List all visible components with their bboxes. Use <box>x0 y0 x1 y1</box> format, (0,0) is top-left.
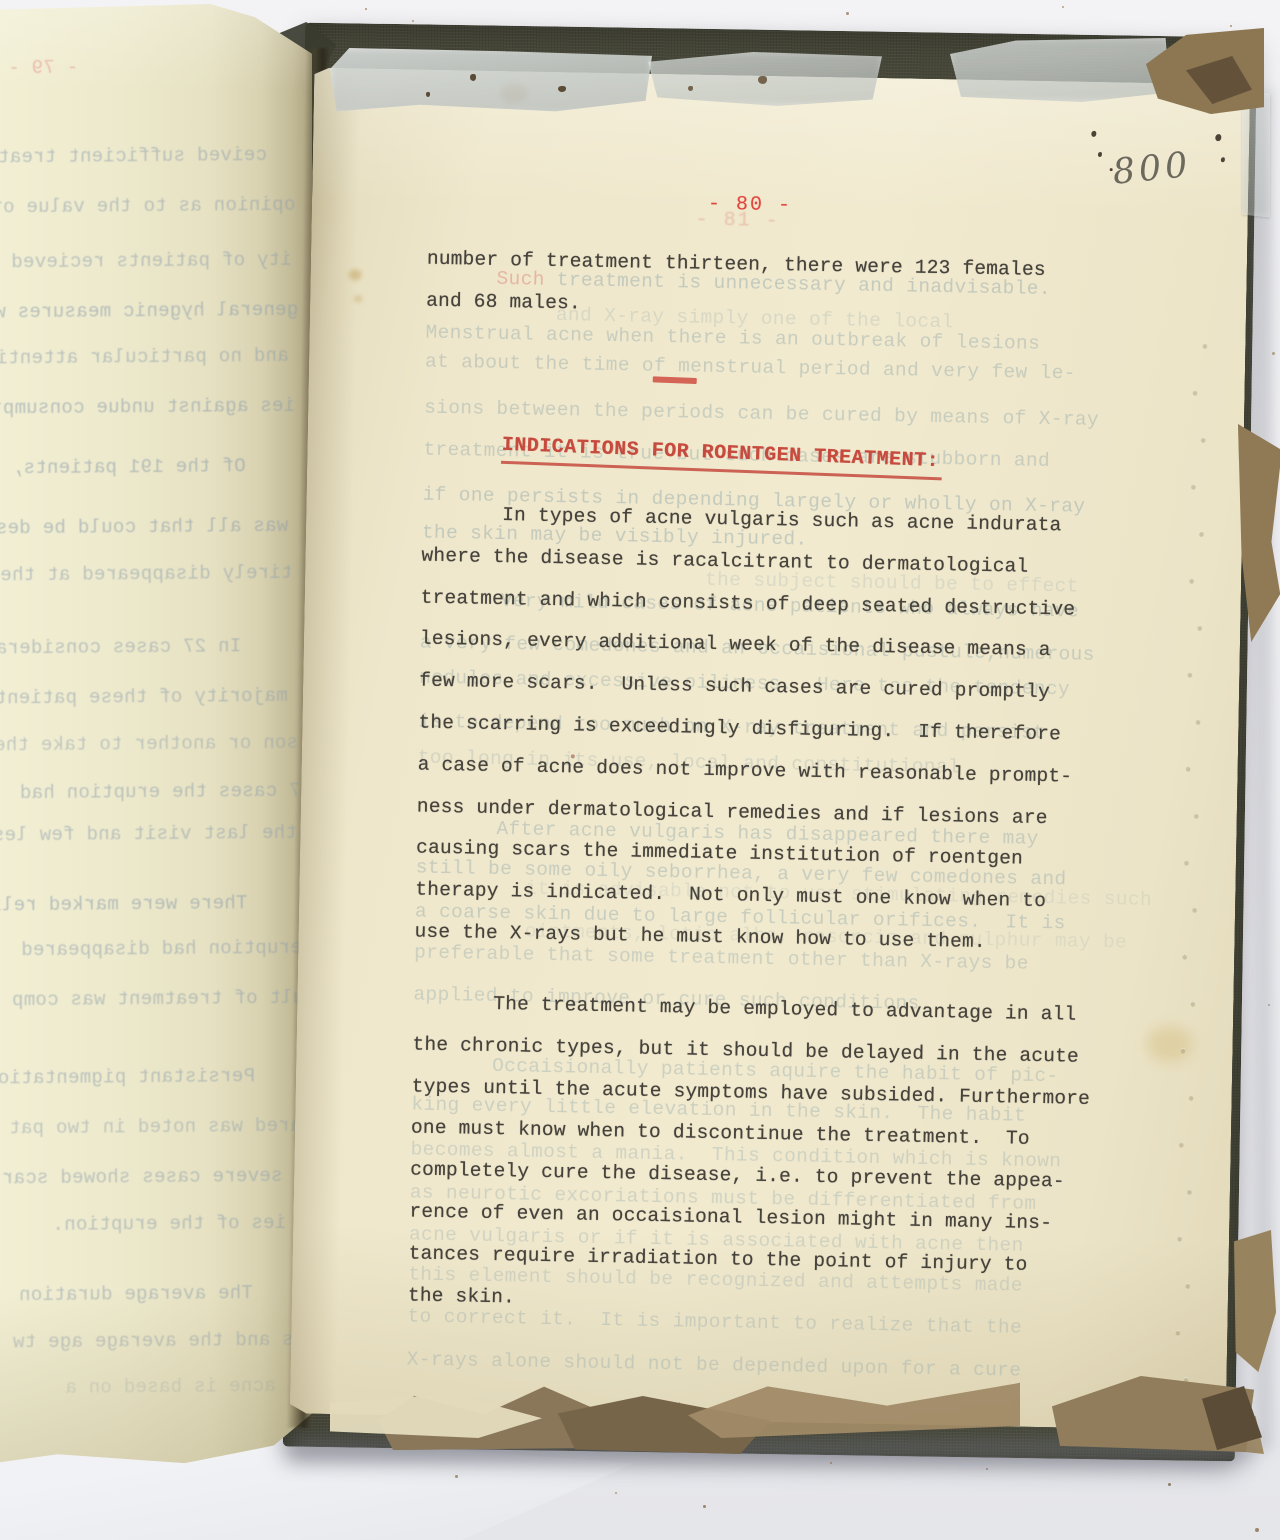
perforation-dot <box>1190 1001 1195 1007</box>
perforation-dot <box>1199 531 1204 537</box>
foxing-spot <box>354 295 362 302</box>
dust-speck <box>1230 25 1232 27</box>
mirrored-text-line: Persistant pigmentatio <box>0 1065 255 1089</box>
mirrored-text-line: e severe cases showed scar <box>2 1165 306 1190</box>
mirrored-text-line: acne is based on a <box>65 1375 276 1399</box>
mirrored-text-line: 7 cases the eruption had <box>20 780 301 804</box>
mirrored-text-layer: - 79 -ceived sufficient treatmentopinion… <box>0 4 312 1466</box>
mirrored-text-line: rs and the average age tw <box>13 1329 306 1354</box>
mirrored-text-line: and no particular attention was <box>0 345 289 370</box>
mirrored-text-line: ies of the eruption. <box>52 1212 286 1236</box>
mirrored-text-line: eruption had disappeared <box>21 937 302 961</box>
mirrored-text-line: ared was noted in two pat <box>9 1115 302 1140</box>
body-paragraph-1: In types of acne vulgaris such as acne i… <box>414 494 1077 966</box>
mirrored-text-line: the last visit and few les <box>0 822 297 847</box>
mirrored-text-line: The average duration <box>19 1282 253 1306</box>
mirrored-text-line: In 27 cases considerable <box>0 635 241 659</box>
intro-paragraph: number of treatment thirteen, there were… <box>426 239 1046 334</box>
tape-piece <box>1242 91 1270 218</box>
mirrored-text-line: tirely disappeared at the la <box>0 562 293 587</box>
mirrored-text-line: ity of patients recieved no <box>0 249 292 274</box>
perforation-dot <box>1192 907 1197 913</box>
dust-speck <box>1168 1483 1171 1486</box>
ghost-text-line: sions between the periods can be cured b… <box>424 397 1099 431</box>
mirrored-text-line: ult of treatment was comp <box>12 987 305 1012</box>
mirrored-text-line: ceived sufficient treatment <box>0 144 267 169</box>
left-page-verso: - 79 -ceived sufficient treatmentopinion… <box>0 4 312 1466</box>
dust-speck <box>703 1505 706 1508</box>
perforation-dot <box>1193 390 1198 396</box>
typewritten-text-layer: Such treatment is unnecessary and inadvi… <box>290 68 1251 1431</box>
ink-spot <box>1110 168 1113 171</box>
perforation-dot <box>1201 437 1206 443</box>
dust-speck <box>1268 1004 1270 1006</box>
dust-speck <box>455 1475 458 1478</box>
dust-speck <box>1062 6 1064 8</box>
dust-speck <box>986 1468 988 1470</box>
perforation-dot <box>1189 1095 1194 1101</box>
dust-speck <box>846 12 849 15</box>
handwritten-number: 800 <box>1111 145 1194 193</box>
body-paragraph-2: The treatment may be employed to advanta… <box>408 983 1092 1330</box>
perforation-dot <box>1194 813 1199 819</box>
scanned-document-photo: - 79 -ceived sufficient treatmentopinion… <box>0 0 1280 1540</box>
mirrored-text-line: Of the 191 patients, th <box>0 455 246 479</box>
mirrored-text-line: son or another to take the <box>0 732 298 757</box>
ghost-text-line: X-rays alone should not be depended upon… <box>407 1348 1022 1381</box>
ghost-text-line: at about the time of menstrual period an… <box>425 351 1076 385</box>
dust-speck <box>365 8 367 10</box>
mirrored-text-line: majority of these patients <box>0 685 288 710</box>
mirrored-text-line: - 79 - <box>8 57 78 80</box>
perforation-dot <box>1202 343 1207 349</box>
dust-speck <box>1272 352 1275 355</box>
mirrored-text-line: was all that could be desi <box>0 515 288 540</box>
perforation-dot <box>1197 625 1202 631</box>
tape-piece <box>648 52 882 106</box>
perforation-dot <box>1196 719 1201 725</box>
dust-speck <box>615 1492 617 1494</box>
tape-piece <box>330 48 652 114</box>
dust-speck <box>830 1462 832 1464</box>
ink-spot <box>1091 131 1096 137</box>
mirrored-text-line: There were marked reli <box>0 892 248 916</box>
right-page-recto: Such treatment is unnecessary and inadvi… <box>290 68 1251 1431</box>
dust-speck <box>412 20 414 22</box>
mirrored-text-line: general hygenic measures were <box>0 299 298 324</box>
dust-speck <box>1255 1528 1259 1532</box>
tape-piece <box>950 38 1170 102</box>
mirrored-text-line: opinion as to the value of the <box>0 194 295 219</box>
red-speck <box>571 754 575 758</box>
page-number: - 80 - <box>708 193 792 218</box>
mirrored-text-line: ies against undue consumption <box>0 395 295 420</box>
